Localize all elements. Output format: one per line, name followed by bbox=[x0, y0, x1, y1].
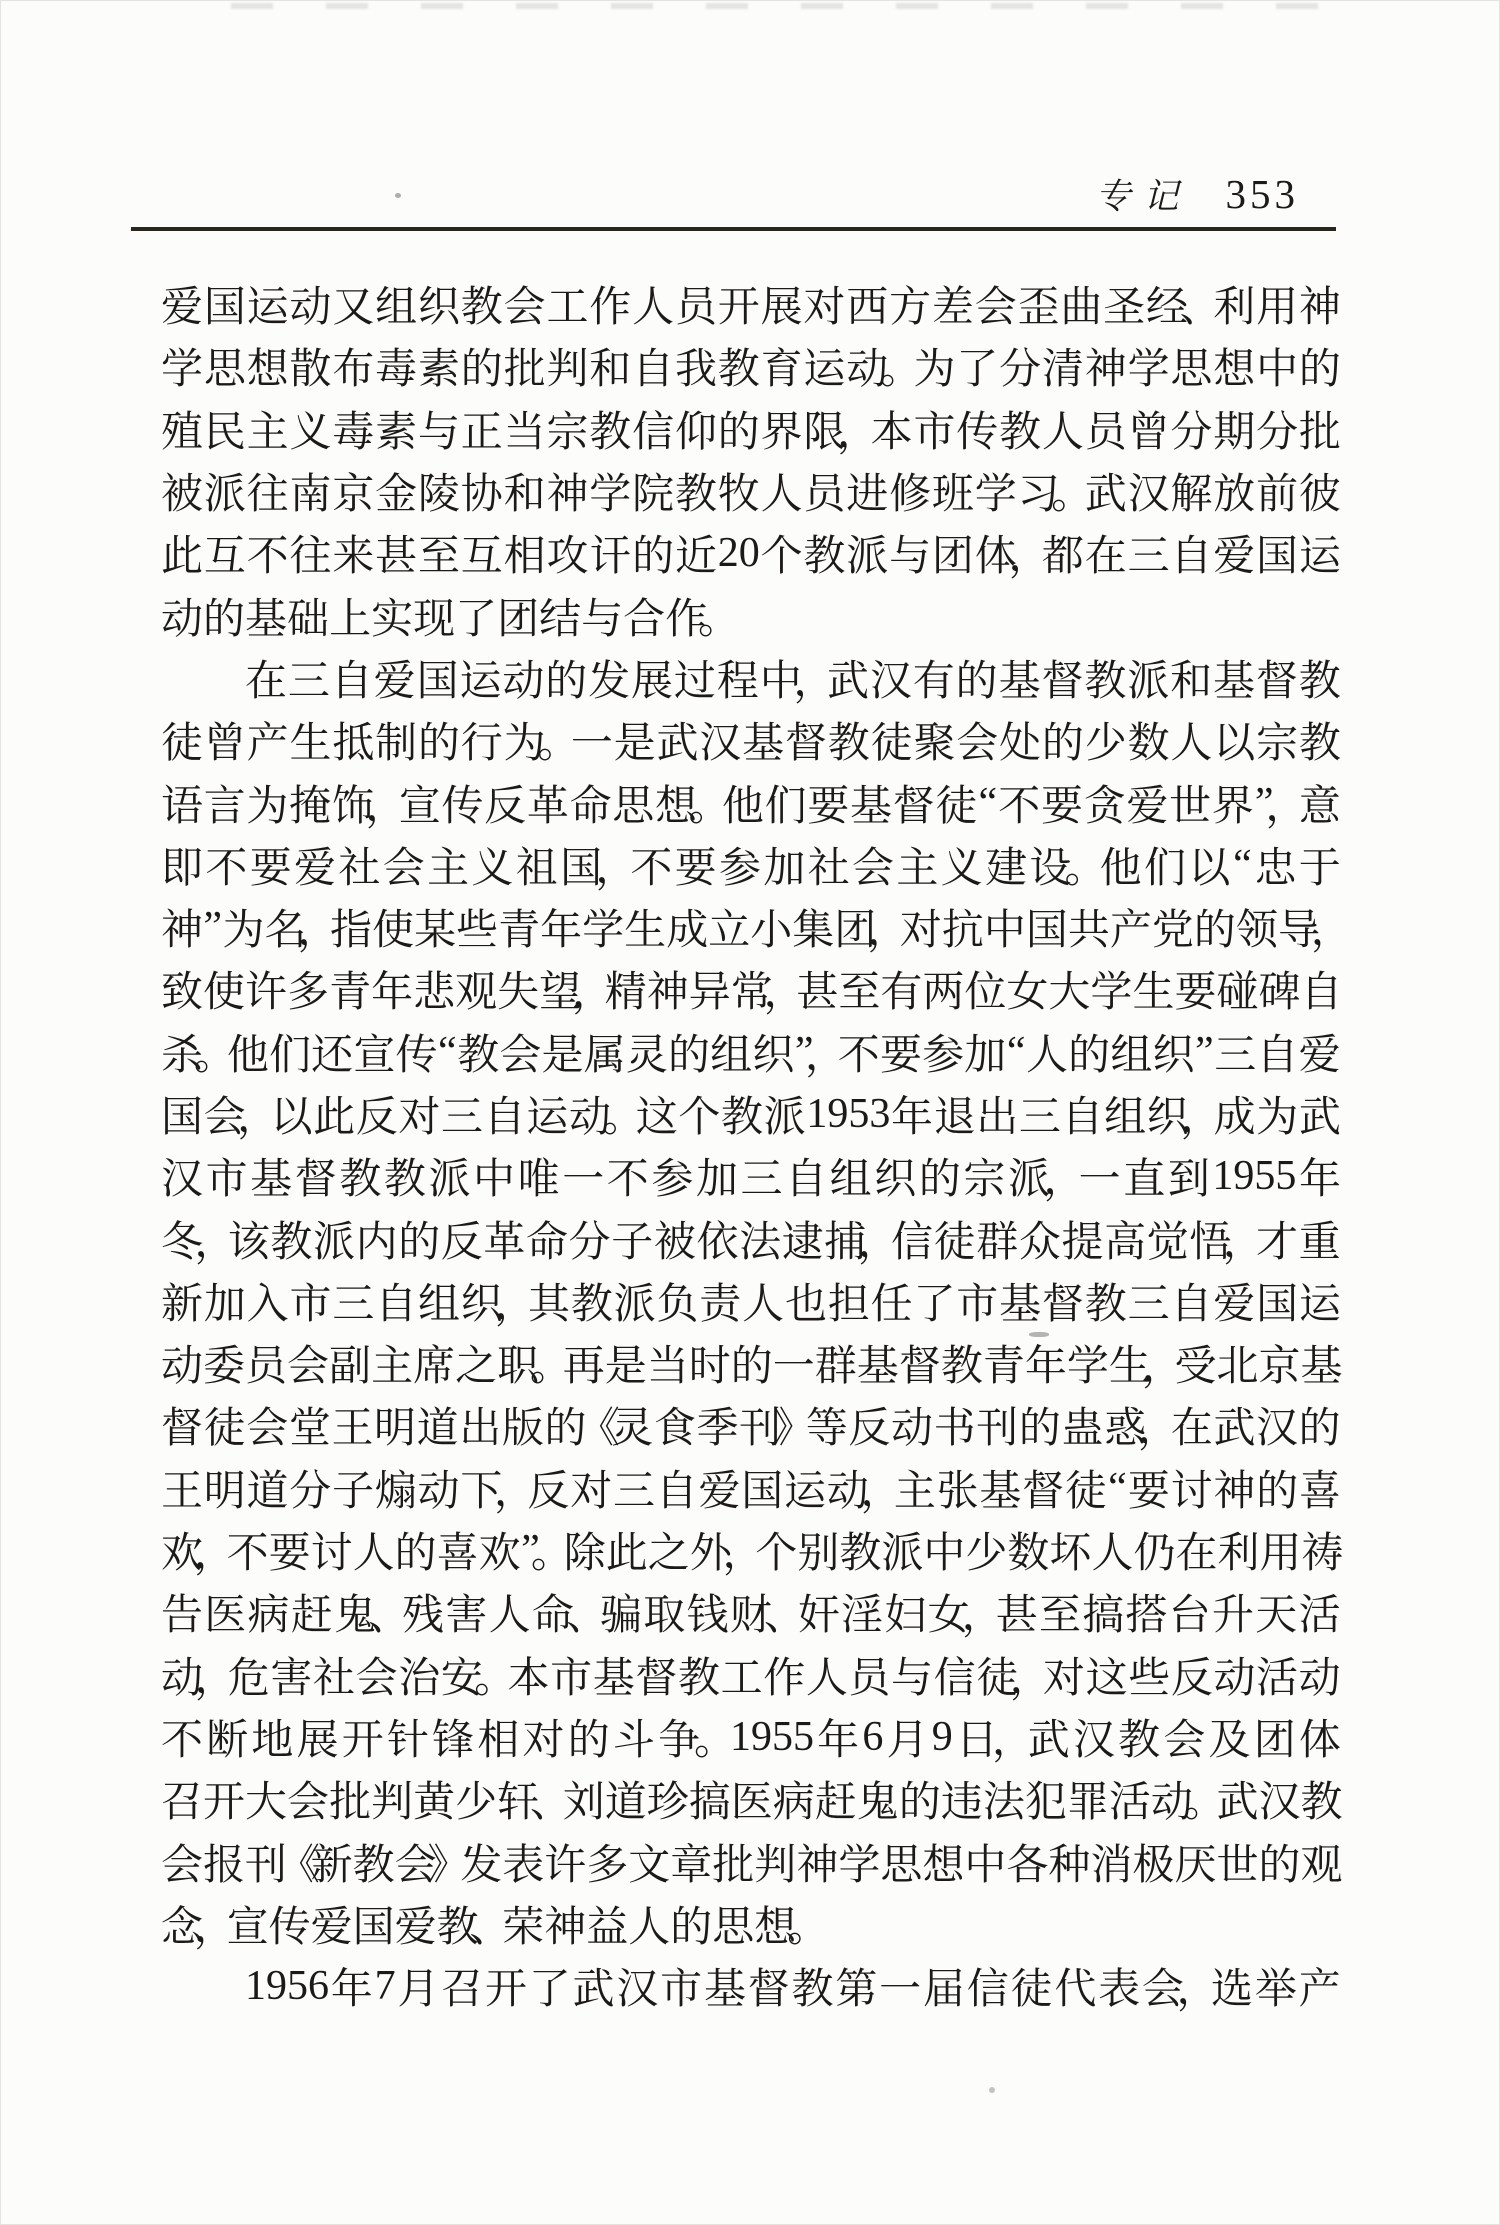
text-line: 被派往南京金陵协和神学院教牧人员进修班学习。武汉解放前彼 bbox=[161, 460, 1341, 522]
text-line: 徒曾产生抵制的行为。一是武汉基督教徒聚会处的少数人以宗教 bbox=[161, 709, 1341, 771]
text-line: 念，宣传爱国爱教、荣神益人的思想。 bbox=[161, 1893, 1341, 1955]
body-text: 爱国运动又组织教会工作人员开展对西方差会歪曲圣经、利用神学思想散布毒素的批判和自… bbox=[161, 273, 1341, 2017]
text-line: 动的基础上实现了团结与合作。 bbox=[161, 584, 1341, 646]
scan-speck bbox=[1029, 1332, 1049, 1337]
text-line: 在三自爱国运动的发展过程中，武汉有的基督教派和基督教 bbox=[161, 647, 1341, 709]
text-line: 爱国运动又组织教会工作人员开展对西方差会歪曲圣经、利用神 bbox=[161, 273, 1341, 335]
text-line: 会报刊《新教会》发表许多文章批判神学思想中各种消极厌世的观 bbox=[161, 1830, 1341, 1892]
text-line: 新加入市三自组织，其教派负责人也担任了市基督教三自爱国运 bbox=[161, 1270, 1341, 1332]
page-number: 353 bbox=[1226, 170, 1300, 218]
scan-edge-noise bbox=[231, 3, 1341, 9]
text-line: 动委员会副主席之职。再是当时的一群基督教青年学生，受北京基 bbox=[161, 1332, 1341, 1394]
section-label: 专记 bbox=[1095, 169, 1191, 219]
text-line: 不断地展开针锋相对的斗争。1955年6月9日，武汉教会及团体 bbox=[161, 1706, 1341, 1768]
text-line: 汉市基督教教派中唯一不参加三自组织的宗派，一直到1955年 bbox=[161, 1145, 1341, 1207]
text-line: 动，危害社会治安。本市基督教工作人员与信徒，对这些反动活动 bbox=[161, 1644, 1341, 1706]
text-line: 杀。他们还宣传“教会是属灵的组织”，不要参加“人的组织”三自爱 bbox=[161, 1021, 1341, 1083]
text-line: 神”为名，指使某些青年学生成立小集团，对抗中国共产党的领导， bbox=[161, 896, 1341, 958]
text-line: 1956年7月召开了武汉市基督教第一届信徒代表会，选举产 bbox=[161, 1955, 1341, 2017]
text-line: 致使许多青年悲观失望，精神异常，甚至有两位女大学生要碰碑自 bbox=[161, 958, 1341, 1020]
text-line: 欢，不要讨人的喜欢”。除此之外，个别教派中少数坏人仍在利用祷 bbox=[161, 1519, 1341, 1581]
scanned-page: 专记 353 爱国运动又组织教会工作人员开展对西方差会歪曲圣经、利用神学思想散布… bbox=[0, 0, 1500, 2225]
text-line: 语言为掩饰，宣传反革命思想。他们要基督徒“不要贪爱世界”，意 bbox=[161, 771, 1341, 833]
text-line: 王明道分子煽动下，反对三自爱国运动，主张基督徒“要讨神的喜 bbox=[161, 1457, 1341, 1519]
text-line: 学思想散布毒素的批判和自我教育运动。为了分清神学思想中的 bbox=[161, 335, 1341, 397]
text-line: 国会，以此反对三自运动。这个教派1953年退出三自组织，成为武 bbox=[161, 1083, 1341, 1145]
text-line: 召开大会批判黄少轩、刘道珍搞医病赶鬼的违法犯罪活动。武汉教 bbox=[161, 1768, 1341, 1830]
text-line: 冬，该教派内的反革命分子被依法逮捕，信徒群众提高觉悟，才重 bbox=[161, 1207, 1341, 1269]
scan-speck bbox=[989, 2087, 995, 2093]
text-line: 告医病赶鬼、残害人命、骗取钱财、奸淫妇女，甚至搞搭台升天活 bbox=[161, 1581, 1341, 1643]
header-rule bbox=[131, 227, 1336, 231]
text-line: 殖民主义毒素与正当宗教信仰的界限，本市传教人员曾分期分批 bbox=[161, 398, 1341, 460]
text-line: 督徒会堂王明道出版的《灵食季刊》等反动书刊的蛊惑，在武汉的 bbox=[161, 1394, 1341, 1456]
scan-speck bbox=[395, 193, 401, 198]
text-line: 即不要爱社会主义祖国，不要参加社会主义建设。他们以“忠于 bbox=[161, 834, 1341, 896]
page-header: 专记 353 bbox=[1, 169, 1299, 219]
text-line: 此互不往来甚至互相攻讦的近20个教派与团体，都在三自爱国运 bbox=[161, 522, 1341, 584]
